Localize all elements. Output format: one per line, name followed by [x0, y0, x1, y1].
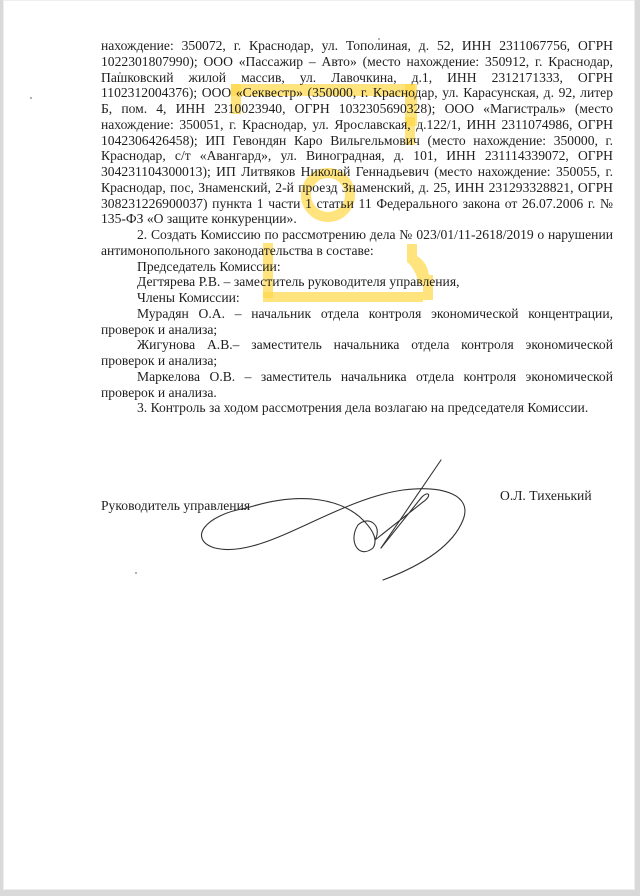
scan-speck — [135, 572, 137, 574]
scan-speck — [378, 38, 380, 40]
scan-speck — [119, 72, 121, 74]
handwritten-signature-icon — [3, 0, 635, 890]
scan-speck — [30, 97, 32, 99]
document-page: нахождение: 350072, г. Краснодар, ул. То… — [3, 0, 635, 890]
